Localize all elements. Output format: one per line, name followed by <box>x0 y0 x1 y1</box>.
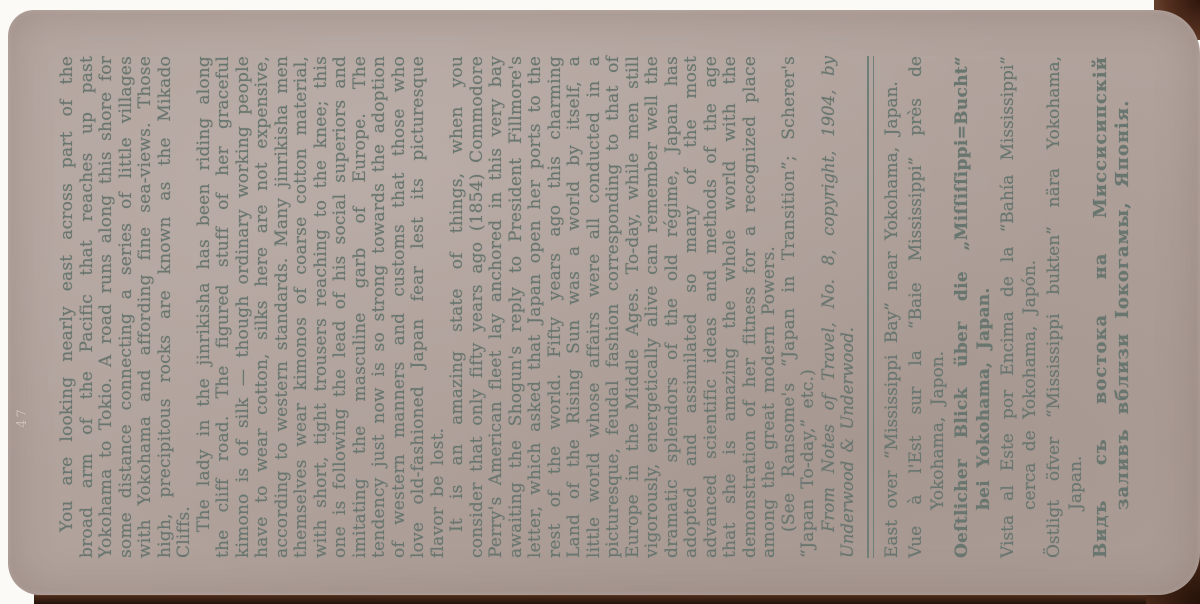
description-text: You are looking nearly east across part … <box>58 56 780 558</box>
see-also-note: (See Ransome's “Japan in Transition”; Sc… <box>780 56 819 558</box>
paragraph: You are looking nearly east across part … <box>58 56 195 558</box>
caption-list: East over “Mississippi Bay” near Yokoham… <box>882 56 1135 558</box>
paragraph: The lady in the jinrikisha has been ridi… <box>195 56 449 558</box>
caption-german: Oeſtlicher Blick über die „Miſſiſſippi=B… <box>952 56 995 558</box>
stereograph-card-back: 47 You are looking nearly east across pa… <box>8 10 1200 595</box>
credit-line: From Notes of Travel, No. 8, copyright, … <box>819 56 858 558</box>
caption-english: East over “Mississippi Bay” near Yokoham… <box>882 56 904 558</box>
caption-spanish: Vista al Este por Encima de la “Bahía Mi… <box>998 56 1041 558</box>
caption-swedish: Östligt öfver “Mississippi bukten” nära … <box>1044 56 1087 558</box>
faint-stamp: 47 <box>15 407 30 428</box>
rotated-text-block: You are looking nearly east across part … <box>58 56 1188 558</box>
caption-russian: Видъ съ востока на Миссисипскій заливъ в… <box>1090 56 1134 558</box>
paragraph: It is an amazing state of things, when y… <box>448 56 780 558</box>
divider-double-rule <box>867 56 874 558</box>
caption-french: Vue à l'Est sur la “Baie Mississippi” pr… <box>906 56 949 558</box>
